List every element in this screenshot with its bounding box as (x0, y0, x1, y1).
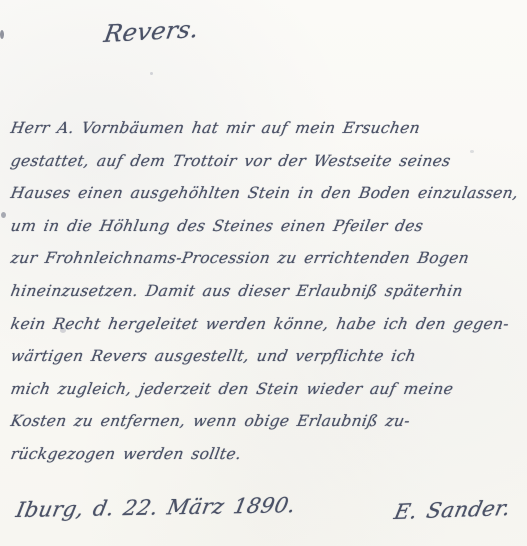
handwritten-line: um in die Höhlung des Steines einen Pfei… (8, 210, 527, 243)
document-page: Revers. Herr A. Vornbäumen hat mir auf m… (0, 0, 527, 546)
handwritten-line: mich zugleich, jederzeit den Stein wiede… (8, 373, 527, 406)
paper-speck (470, 150, 474, 153)
handwritten-line: wärtigen Revers ausgestellt, und verpfli… (8, 340, 527, 373)
ink-speck (1, 212, 6, 218)
date-place-line: Iburg, d. 22. März 1890. (14, 493, 298, 522)
ink-speck (0, 30, 4, 39)
document-body: Herr A. Vornbäumen hat mir auf mein Ersu… (8, 112, 523, 471)
ink-smudge (60, 328, 66, 333)
handwritten-line: hineinzusetzen. Damit aus dieser Erlaubn… (8, 275, 527, 308)
handwritten-line: kein Recht hergeleitet werden könne, hab… (8, 308, 527, 341)
paper-speck (150, 72, 153, 75)
signature: E. Sander. (392, 496, 513, 524)
handwritten-line: rückgezogen werden sollte. (8, 438, 527, 471)
handwritten-line: zur Frohnleichnams-Procession zu erricht… (8, 242, 527, 275)
handwritten-line: Hauses einen ausgehöhlten Stein in den B… (8, 177, 527, 210)
handwritten-line: Herr A. Vornbäumen hat mir auf mein Ersu… (8, 112, 527, 145)
handwritten-line: gestattet, auf dem Trottoir vor der West… (8, 145, 527, 178)
document-title: Revers. (102, 15, 201, 48)
handwritten-line: Kosten zu entfernen, wenn obige Erlaubni… (8, 405, 527, 438)
